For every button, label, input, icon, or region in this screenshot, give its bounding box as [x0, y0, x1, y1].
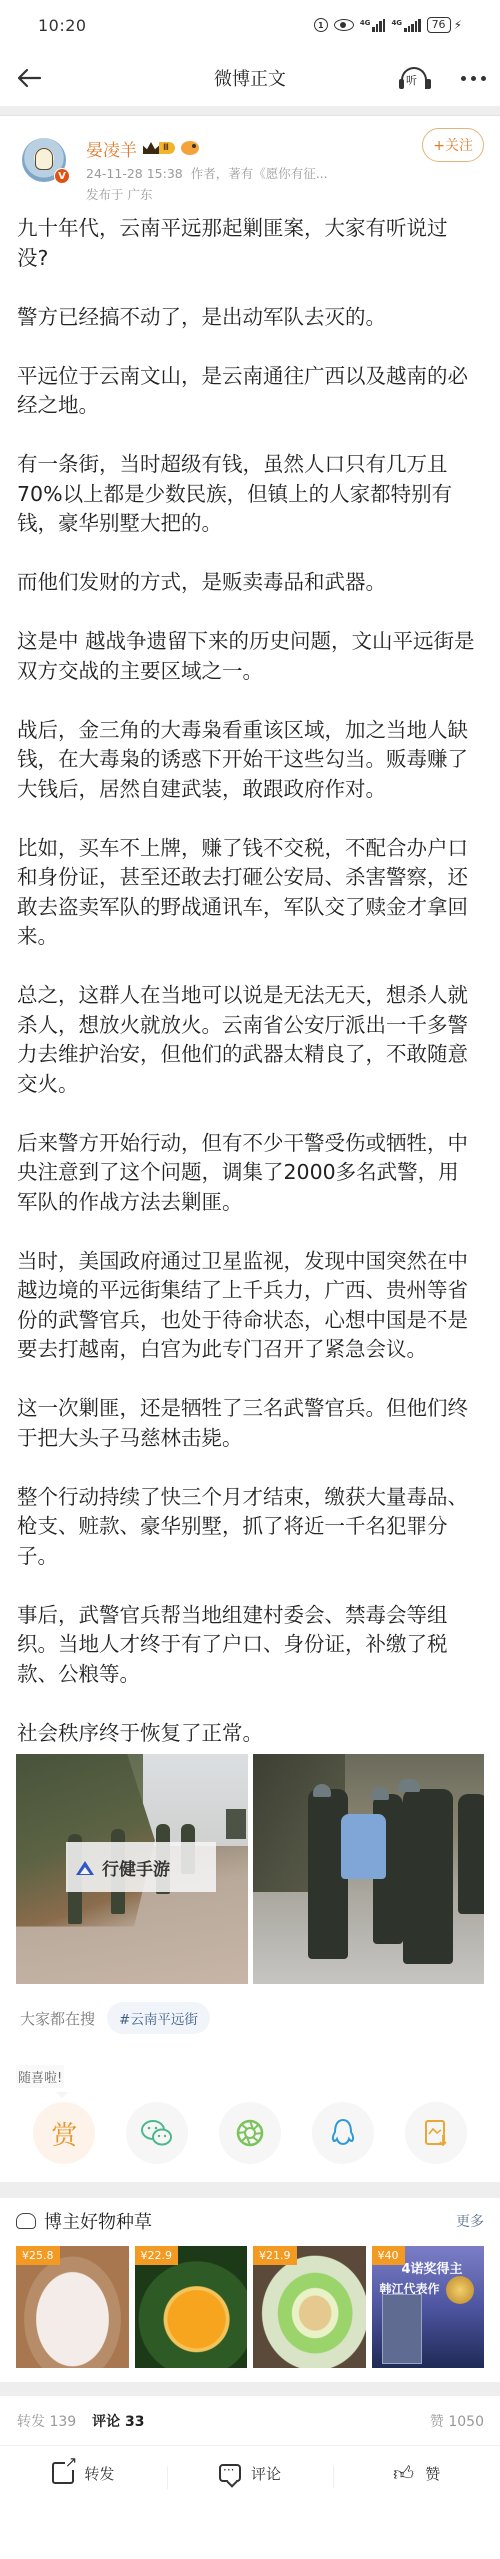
product-price: ¥40: [372, 2246, 405, 2265]
top-nav-bar: 微博正文 听: [0, 50, 500, 106]
products-more-link[interactable]: 更多: [456, 2211, 484, 2231]
share-moments-button[interactable]: [219, 2102, 281, 2164]
post-image-1[interactable]: 行健手游: [16, 1754, 248, 1984]
author-description: 作者，著有《愿你有征...: [191, 166, 328, 181]
product-card[interactable]: ¥22.9: [135, 2246, 248, 2368]
fan-badge-icon[interactable]: [181, 141, 199, 155]
comment-label: 评论: [251, 2463, 281, 2484]
post-paragraph: 平远位于云南文山，是云南通往广西以及越南的必经之地。: [17, 362, 476, 421]
save-image-button[interactable]: [405, 2102, 467, 2164]
product-price: ¥22.9: [135, 2246, 179, 2265]
verified-badge-icon: V: [54, 168, 70, 184]
post-content: 九十年代，云南平远那起剿匪案，大家有听说过没? 警方已经搞不动了，是出动军队去灭…: [0, 208, 500, 1748]
post-paragraph: 事后，武警官兵帮当地组建村委会、禁毒会等组织。当地人才终于有了户口、身份证，补缴…: [17, 1601, 476, 1690]
share-qq-button[interactable]: [312, 2102, 374, 2164]
section-divider: [0, 2382, 500, 2396]
like-button[interactable]: 👍︎ 赞: [333, 2462, 500, 2484]
status-time: 10:20: [38, 16, 87, 35]
reward-icon: 赏: [51, 2115, 77, 2152]
post-paragraph: 有一条街，当时超级有钱，虽然人口只有几万且70%以上都是少数民族，但镇上的人家都…: [17, 450, 476, 539]
eye-comfort-icon: [334, 19, 354, 31]
status-icons: 1 4G 4G 76 ⚡: [314, 17, 462, 33]
post-paragraph: 总之，这群人在当地可以说是无法无天，想杀人就杀人，想放火就放火。云南省公安厅派出…: [17, 981, 476, 1099]
post-paragraph: 后来警方开始行动，但有不少干警受伤或牺牲，中央注意到了这个问题，调集了2000多…: [17, 1129, 476, 1218]
back-arrow-icon[interactable]: [14, 63, 44, 93]
post-paragraph: 这是中 越战争遗留下来的历史问题，文山平远街是双方交战的主要区域之一。: [17, 627, 476, 686]
post-timestamp: 24-11-28 15:38: [86, 166, 183, 181]
post-paragraph: 战后，金三角的大毒枭看重该区域，加之当地人缺钱，在大毒枭的诱惑下开始干这些勾当。…: [17, 716, 476, 805]
book-cover-image: [382, 2294, 422, 2364]
listen-headphone-icon[interactable]: 听: [399, 65, 431, 91]
post-paragraph: 当时，美国政府通过卫星监视，发现中国突然在中越边境的平远街集结了上千兵力，广西、…: [17, 1247, 476, 1365]
vip-crown-badge-icon[interactable]: Ⅱ: [143, 141, 175, 156]
section-divider: [0, 2182, 500, 2198]
post-paragraph: 社会秩序终于恢复了正常。: [17, 1719, 476, 1749]
product-price: ¥21.9: [253, 2246, 297, 2265]
battery-icon: 76: [427, 17, 451, 33]
watermark-logo-icon: [74, 1857, 96, 1877]
section-divider: [0, 106, 500, 116]
post-image-2[interactable]: [253, 1754, 485, 1984]
trending-search-label: 大家都在搜: [20, 2008, 95, 2029]
qq-penguin-icon: [330, 2118, 356, 2148]
post-paragraph: 而他们发财的方式，是贩卖毒品和武器。: [17, 568, 476, 598]
repost-button[interactable]: 转发: [0, 2462, 167, 2484]
product-card[interactable]: 4诺奖得主 韩江代表作 ¥40: [372, 2246, 485, 2368]
products-title: 博主好物种草: [44, 2208, 152, 2234]
bottom-action-bar: 转发 评论 👍︎ 赞: [0, 2446, 500, 2500]
like-label: 赞: [425, 2463, 440, 2484]
author-avatar[interactable]: V: [22, 138, 66, 182]
trending-search: 大家都在搜 #云南平远街: [0, 2001, 500, 2035]
post-author-header: V 晏凌羊 Ⅱ 24-11-28 15:38 作者，著有《愿你有征... 发布于…: [0, 116, 500, 208]
status-bar: 10:20 1 4G 4G 76 ⚡: [0, 0, 500, 50]
post-images: 行健手游: [0, 1754, 500, 1984]
post-location: 发布于 广东: [86, 185, 484, 203]
share-row: 赏: [0, 2088, 500, 2168]
engagement-tabs: 转发 139 评论 33 赞 1050: [0, 2396, 500, 2446]
moments-aperture-icon: [235, 2118, 265, 2148]
share-wechat-button[interactable]: [126, 2102, 188, 2164]
signal-icon: 4G: [360, 19, 386, 32]
reward-prompt: 随喜啦!: [16, 2065, 64, 2088]
tab-comments[interactable]: 评论 33: [92, 2411, 144, 2431]
post-paragraph: 这一次剿匪，还是牺牲了三名武警官兵。但他们终于把大头子马慈林击毙。: [17, 1394, 476, 1453]
signal-icon-2: 4G: [391, 19, 420, 32]
comment-button[interactable]: 评论: [167, 2463, 334, 2484]
data-saver-icon: 1: [314, 18, 328, 32]
author-name[interactable]: 晏凌羊: [86, 136, 137, 161]
product-card[interactable]: ¥25.8: [16, 2246, 129, 2368]
follow-button[interactable]: +关注: [422, 128, 484, 162]
charging-icon: ⚡: [454, 18, 462, 32]
watermark: 行健手游: [66, 1842, 216, 1892]
tab-likes[interactable]: 赞 1050: [430, 2411, 484, 2431]
post-paragraph: 整个行动持续了快三个月才结束，缴获大量毒品、枪支、赃款、豪华别墅，抓了将近一千名…: [17, 1483, 476, 1572]
product-card[interactable]: ¥21.9: [253, 2246, 366, 2368]
thumbs-up-icon: 👍︎: [393, 2462, 415, 2484]
post-paragraph: 九十年代，云南平远那起剿匪案，大家有听说过没?: [17, 214, 476, 273]
tab-reposts[interactable]: 转发 139: [17, 2411, 76, 2431]
post-paragraph: 警方已经搞不动了，是出动军队去灭的。: [17, 303, 476, 333]
post-meta: 24-11-28 15:38 作者，著有《愿你有征...: [86, 164, 484, 182]
repost-label: 转发: [84, 2463, 114, 2484]
post-paragraph: 比如，买车不上牌，赚了钱不交税，不配合办户口和身份证，甚至还敢去打砸公安局、杀害…: [17, 834, 476, 952]
product-overlay-title: 4诺奖得主: [402, 2258, 463, 2277]
comment-icon: [219, 2464, 241, 2482]
product-price: ¥25.8: [16, 2246, 60, 2265]
reward-button[interactable]: 赏: [33, 2102, 95, 2164]
wechat-icon: [140, 2118, 174, 2148]
search-tag-chip[interactable]: #云南平远街: [107, 2002, 210, 2034]
shop-bag-icon: [16, 2213, 36, 2229]
product-recommendations: 博主好物种草 更多 ¥25.8 ¥22.9 ¥21.9 4诺奖得主 韩江代表作 …: [0, 2198, 500, 2368]
repost-icon: [52, 2462, 74, 2484]
more-options-icon[interactable]: [461, 76, 486, 81]
nobel-medal-image: [446, 2276, 474, 2304]
save-image-icon: [423, 2118, 449, 2148]
